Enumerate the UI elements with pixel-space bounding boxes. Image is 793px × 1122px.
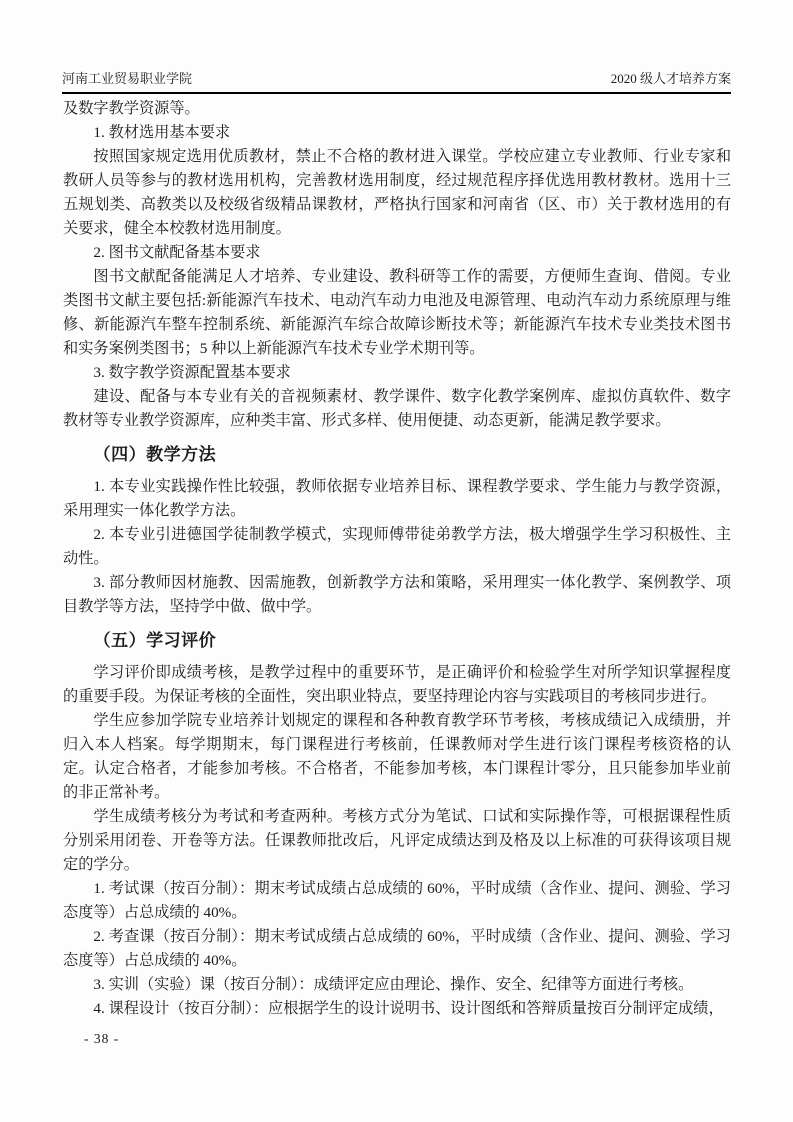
paragraph: 3. 部分教师因材施教、因需施教，创新教学方法和策略，采用理实一体化教学、案例教… [63, 571, 731, 619]
page-header: 河南工业贸易职业学院 2020 级人才培养方案 [62, 71, 731, 94]
section-heading-teaching-methods: （四）教学方法 [63, 442, 731, 468]
document-body: 及数字教学资源等。 1. 教材选用基本要求 按照国家规定选用优质教材，禁止不合格… [63, 97, 731, 1021]
paragraph: 1. 本专业实践操作性比较强，教师依据专业培养目标、课程教学要求、学生能力与教学… [63, 475, 731, 523]
paragraph: 4. 课程设计（按百分制）：应根据学生的设计说明书、设计图纸和答辩质量按百分制评… [63, 997, 731, 1021]
paragraph: 2. 图书文献配备基本要求 [63, 241, 731, 265]
paragraph: 学生成绩考核分为考试和考查两种。考核方式分为笔试、口试和实际操作等，可根据课程性… [63, 805, 731, 877]
paragraph: 按照国家规定选用优质教材，禁止不合格的教材进入课堂。学校应建立专业教师、行业专家… [63, 145, 731, 241]
paragraph: 1. 教材选用基本要求 [63, 121, 731, 145]
paragraph: 3. 数字教学资源配置基本要求 [63, 361, 731, 385]
paragraph: 1. 考试课（按百分制）：期末考试成绩占总成绩的 60%，平时成绩（含作业、提问… [63, 877, 731, 925]
paragraph: 学习评价即成绩考核，是教学过程中的重要环节，是正确评价和检验学生对所学知识掌握程… [63, 661, 731, 709]
paragraph: 2. 本专业引进德国学徒制教学模式，实现师傅带徒弟教学方法，极大增强学生学习积极… [63, 523, 731, 571]
section-heading-learning-evaluation: （五）学习评价 [63, 628, 731, 654]
header-school-name: 河南工业贸易职业学院 [62, 71, 192, 87]
paragraph: 2. 考查课（按百分制）：期末考试成绩占总成绩的 60%，平时成绩（含作业、提问… [63, 925, 731, 973]
paragraph: 建设、配备与本专业有关的音视频素材、教学课件、数字化教学案例库、虚拟仿真软件、数… [63, 385, 731, 433]
page-number: - 38 - [84, 1031, 119, 1046]
paragraph: 图书文献配备能满足人才培养、专业建设、教科研等工作的需要，方便师生查询、借阅。专… [63, 265, 731, 361]
paragraph: 学生应参加学院专业培养计划规定的课程和各种教育教学环节考核，考核成绩记入成绩册，… [63, 709, 731, 805]
paragraph: 3. 实训（实验）课（按百分制）：成绩评定应由理论、操作、安全、纪律等方面进行考… [63, 973, 731, 997]
document-page: 河南工业贸易职业学院 2020 级人才培养方案 及数字教学资源等。 1. 教材选… [0, 0, 793, 1122]
paragraph-continuation: 及数字教学资源等。 [63, 97, 731, 121]
header-program-name: 2020 级人才培养方案 [611, 71, 731, 87]
page-footer: - 38 - [84, 1031, 119, 1047]
